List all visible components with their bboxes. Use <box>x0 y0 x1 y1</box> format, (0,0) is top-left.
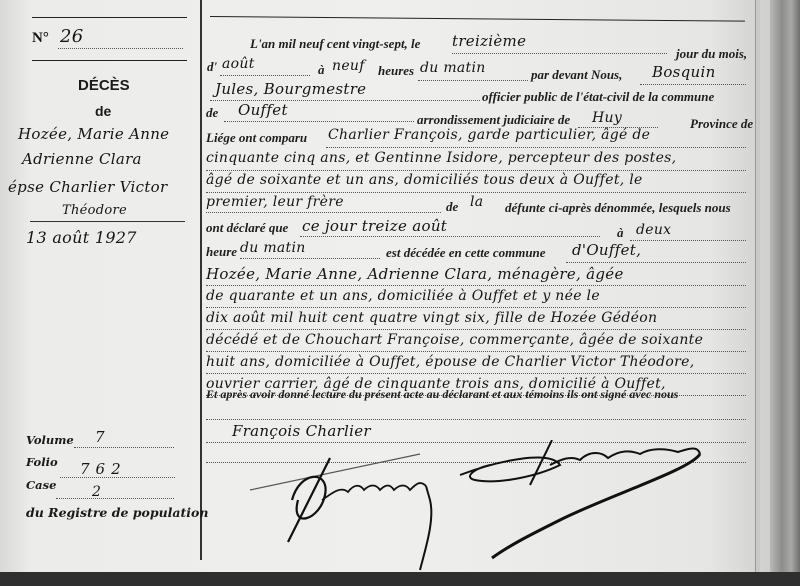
print-text: L'an mil neuf cent vingt-sept, le <box>250 36 420 52</box>
handwritten-line: Hozée, Marie Anne, Adrienne Clara, ménag… <box>206 265 624 283</box>
dotted-line <box>206 212 441 213</box>
deceased-name-line: Hozée, Marie Anne <box>18 125 169 143</box>
signature-witness-and-officer <box>230 440 720 580</box>
print-text: d' <box>207 59 217 75</box>
print-text: à <box>318 62 325 78</box>
name-underline <box>30 221 185 222</box>
print-text: est décédée en cette commune <box>386 245 546 261</box>
volume-value: 7 <box>95 428 105 446</box>
dotted-line <box>566 262 746 263</box>
volume-label: Volume <box>26 433 74 447</box>
page-stack-edge <box>770 0 800 586</box>
case-label: Case <box>26 478 56 492</box>
handwritten-death-hour: deux <box>636 222 671 238</box>
dotted-line <box>220 75 310 76</box>
death-date: 13 août 1927 <box>26 228 137 247</box>
print-text: par devant Nous, <box>531 67 622 83</box>
folio-label: Folio <box>26 455 58 469</box>
dotted-line <box>60 477 175 478</box>
dotted-line <box>206 285 746 286</box>
print-text: de <box>206 105 218 121</box>
print-text: jour du mois, <box>676 46 747 62</box>
handwritten-month: août <box>222 56 255 72</box>
dotted-line <box>74 447 174 448</box>
dotted-line <box>630 240 746 241</box>
record-number-value: 26 <box>60 26 84 47</box>
handwritten-line: du matin <box>240 240 306 256</box>
dotted-line <box>240 258 380 259</box>
dotted-line <box>224 121 414 122</box>
handwritten-line: cinquante cinq ans, et Gentinne Isidore,… <box>206 150 676 166</box>
deceased-name-line: épse Charlier Victor <box>8 178 167 196</box>
dotted-line <box>206 192 746 193</box>
handwritten-day: treizième <box>452 32 526 50</box>
print-text: Et après avoir donné lecture du présent … <box>206 387 678 402</box>
dotted-line <box>58 48 183 49</box>
print-text: heures <box>378 63 414 79</box>
print-text: Liége ont comparu <box>206 130 307 146</box>
dotted-line <box>640 84 746 85</box>
handwritten-commune: d'Ouffet, <box>572 241 641 259</box>
dotted-line <box>206 307 746 308</box>
print-text: défunte ci-après dénommée, lesquels nous <box>505 200 731 216</box>
dotted-line <box>452 53 667 54</box>
print-text: officier public de l'état-civil de la co… <box>482 89 714 105</box>
print-text: heure <box>206 244 237 260</box>
handwritten-line: dix août mil huit cent quatre vingt six,… <box>206 310 657 326</box>
handwritten-officer-surname: Bosquin <box>652 63 716 81</box>
rule-line <box>32 60 187 61</box>
dotted-line <box>418 80 528 81</box>
print-text: ont déclaré que <box>206 220 288 236</box>
handwritten-declarant: Charlier François, garde particulier, âg… <box>328 127 650 143</box>
print-text: Province de <box>690 116 753 132</box>
deceased-name-line: Adrienne Clara <box>22 150 142 168</box>
dotted-line <box>206 351 746 352</box>
handwritten-line: de quarante et un ans, domiciliée à Ouff… <box>206 288 600 304</box>
print-text: de <box>446 199 458 215</box>
print-text: arrondissement judiciaire de <box>417 112 570 128</box>
page-margin-fold <box>755 0 760 578</box>
handwritten-hour: neuf <box>332 58 365 74</box>
dotted-line <box>300 236 600 237</box>
handwritten-line: décédé et de Chouchart Françoise, commer… <box>206 332 703 348</box>
section-title-de: de <box>95 103 111 119</box>
folio-value: 762 <box>80 460 127 478</box>
handwritten-officer-title: Jules, Bourgmestre <box>215 80 366 98</box>
handwritten-arrondissement: Huy <box>592 110 622 126</box>
rule-line <box>32 17 187 18</box>
deceased-name-line: Théodore <box>62 203 127 218</box>
print-text: à <box>617 225 624 241</box>
registry-footer: du Registre de population <box>26 505 208 520</box>
dotted-line <box>56 498 174 499</box>
handwritten-commune: Ouffet <box>238 101 288 119</box>
handwritten-line: la <box>470 194 483 210</box>
section-title: DÉCÈS <box>78 77 130 94</box>
handwritten-line: âgé de soixante et un ans, domiciliés to… <box>206 172 643 188</box>
dotted-line <box>206 419 746 420</box>
dotted-line <box>206 329 746 330</box>
handwritten-line: premier, leur frère <box>206 194 344 210</box>
dotted-line <box>326 147 746 148</box>
signature-declarant: François Charlier <box>232 422 371 440</box>
handwritten-line: huit ans, domiciliée à Ouffet, épouse de… <box>206 354 694 370</box>
dotted-line <box>206 373 746 374</box>
handwritten-time-of-day: du matin <box>420 60 486 76</box>
dotted-line <box>206 170 746 171</box>
record-number-label: N° <box>32 30 49 47</box>
margin-divider <box>200 0 202 560</box>
handwritten-death-date: ce jour treize août <box>302 217 447 235</box>
